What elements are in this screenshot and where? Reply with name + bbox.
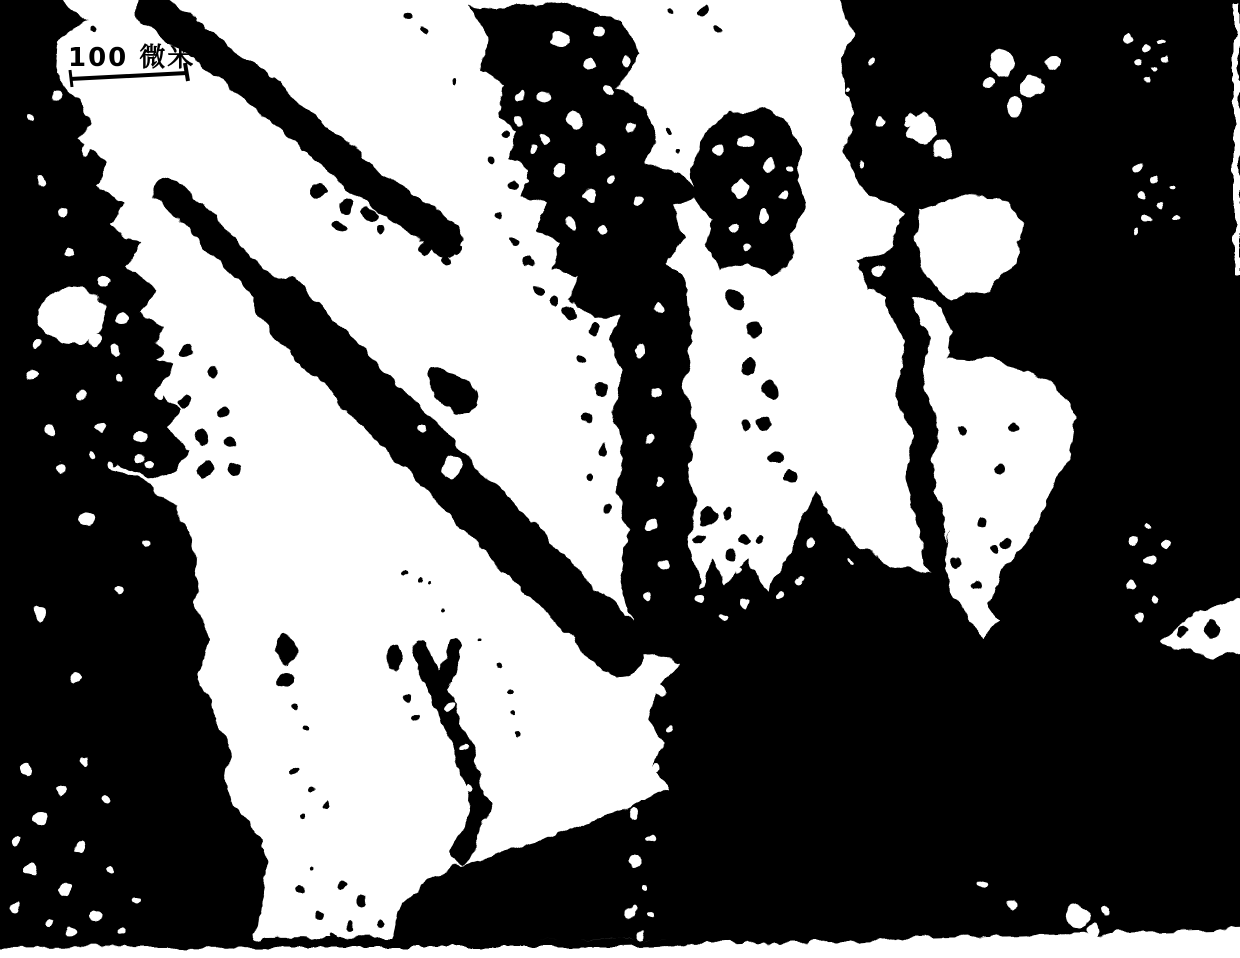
scale-bar-tick-left xyxy=(70,70,72,87)
scale-bar-label: 100 微米 xyxy=(68,43,195,73)
micrograph-figure: 100 微米 xyxy=(0,0,1240,958)
micrograph-canvas: 100 微米 xyxy=(0,0,1240,958)
